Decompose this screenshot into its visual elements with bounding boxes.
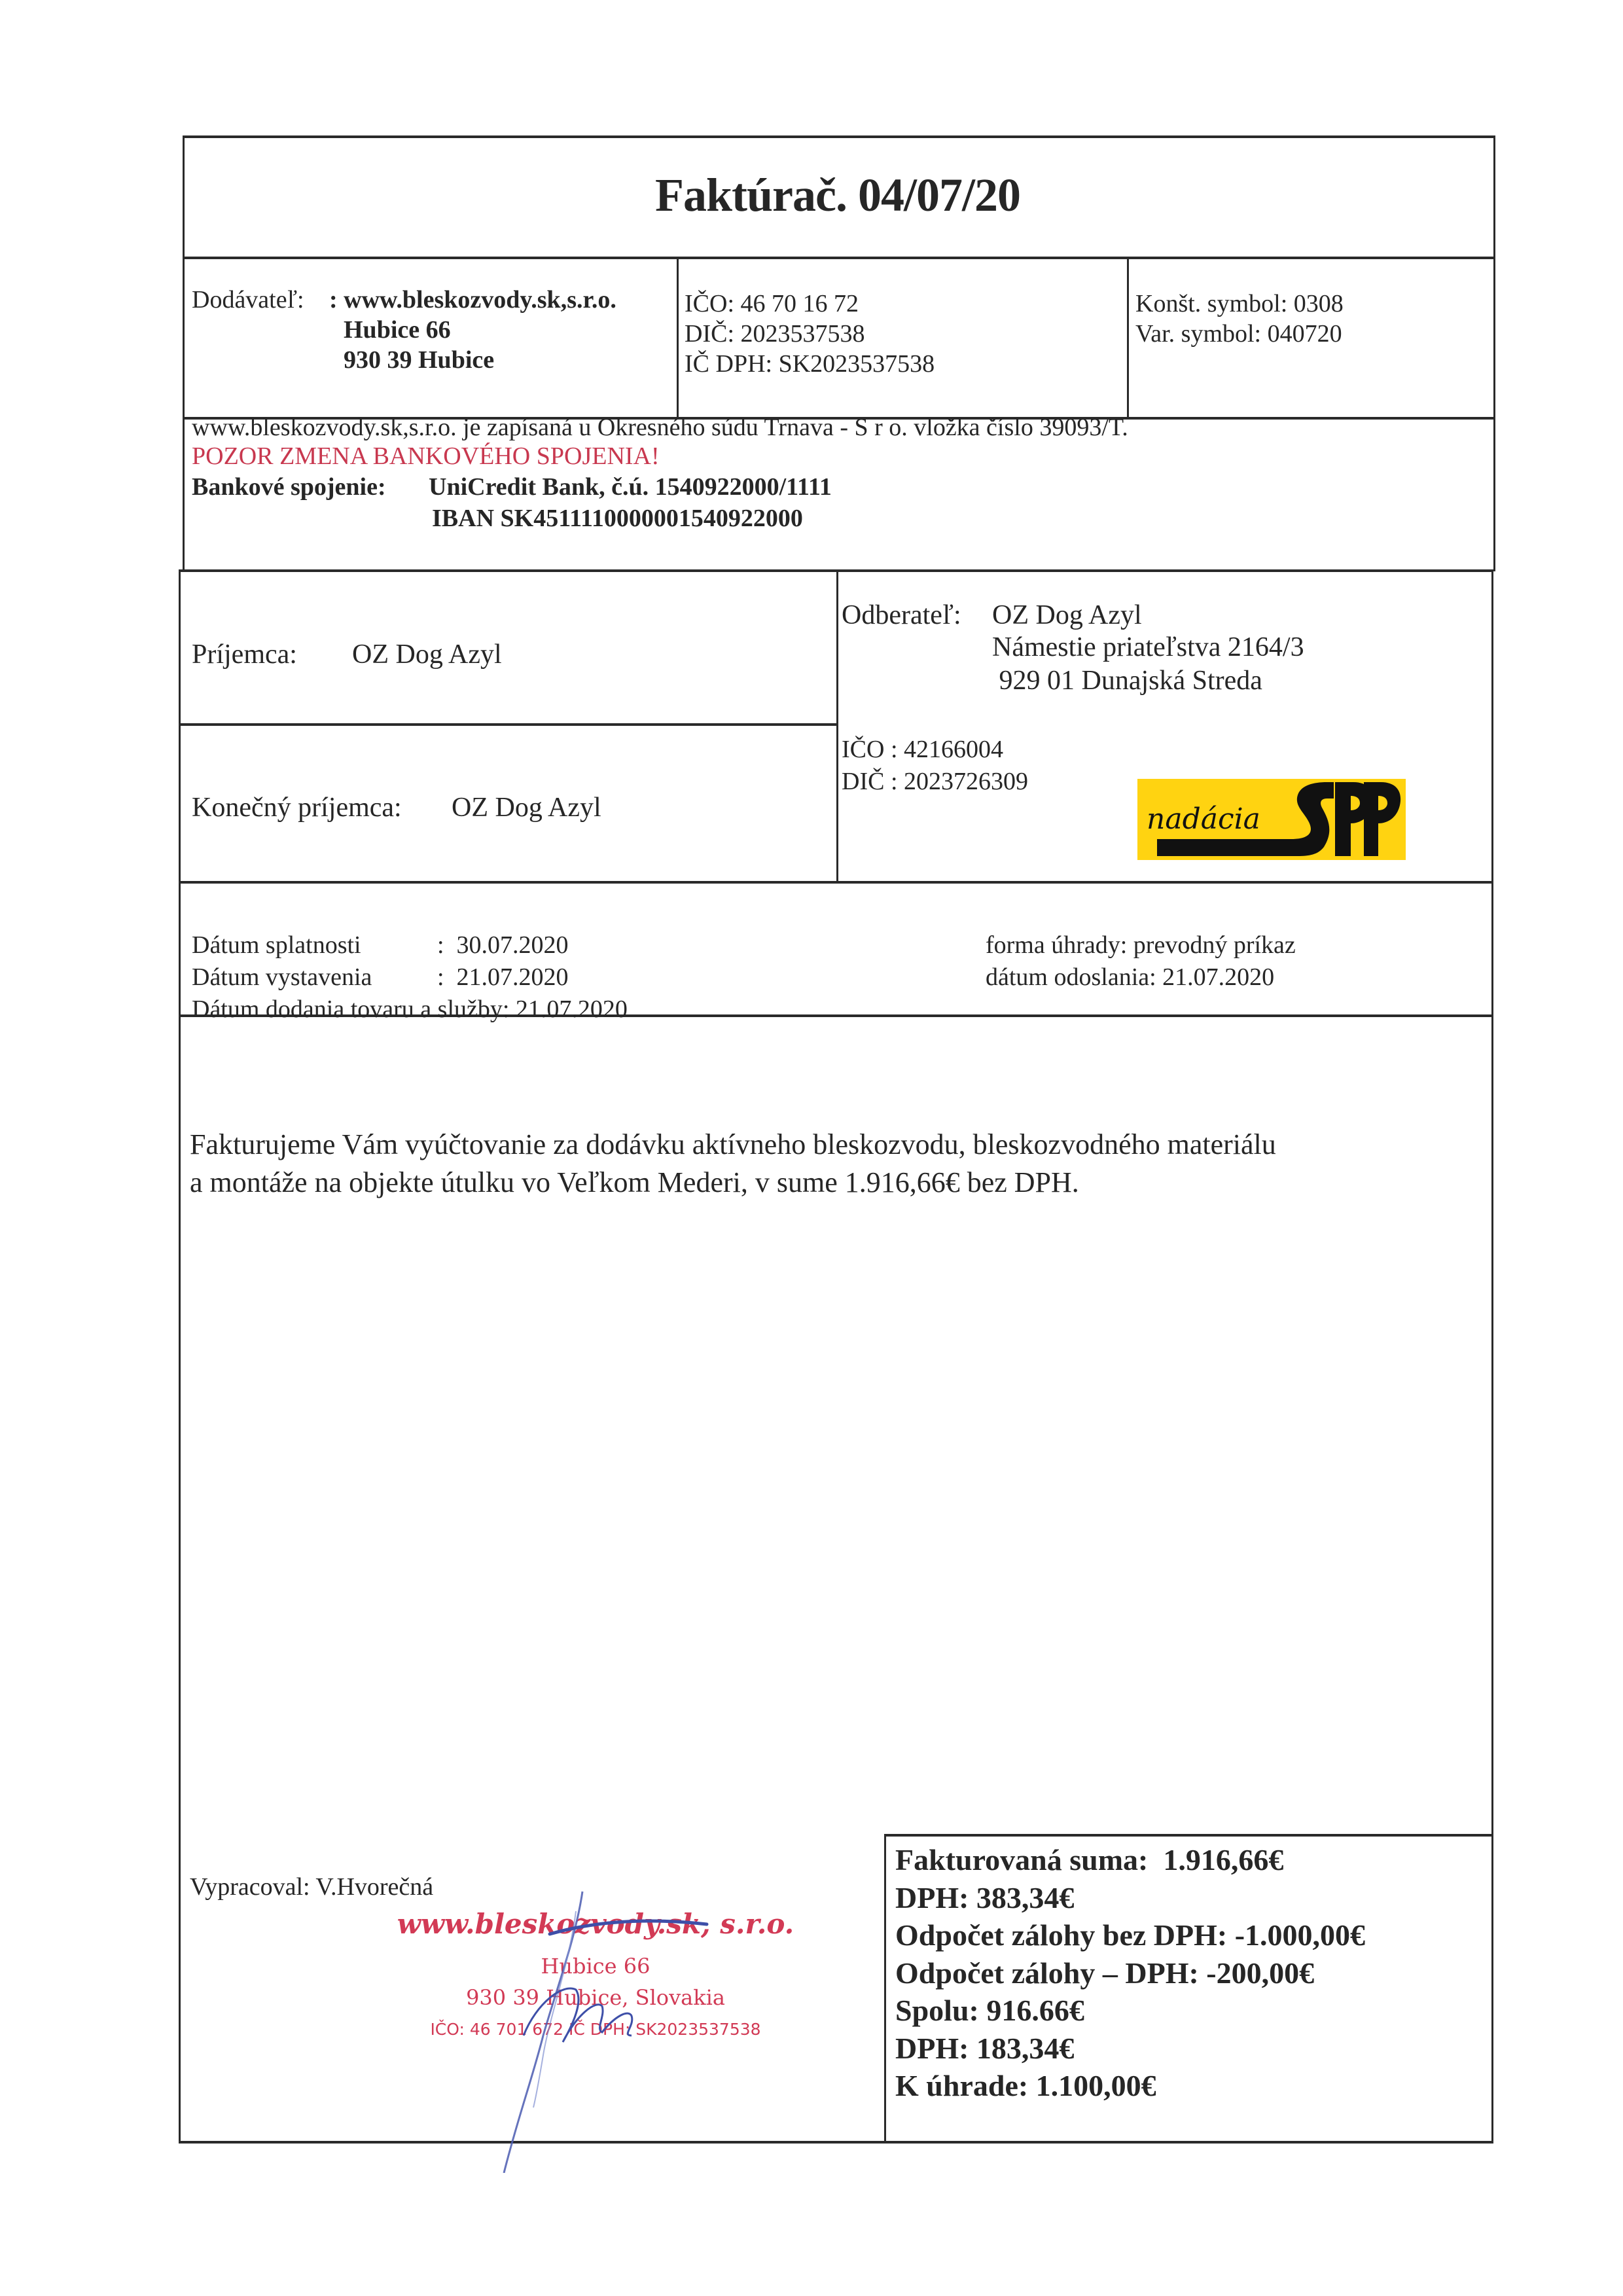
border-left-lower	[179, 569, 181, 2143]
divider-col-symbols	[1127, 257, 1129, 418]
summary-subtotal: Spolu: 916.66€	[895, 1992, 1365, 2030]
description-line-2: a montáže na objekte útulku vo Veľkom Me…	[190, 1164, 1079, 1202]
supplier-street: Hubice 66	[344, 315, 451, 345]
summary-box-left	[884, 1834, 886, 2142]
due-date-value: : 30.07.2020	[437, 930, 569, 960]
final-recipient-label: Konečný príjemca:	[192, 793, 402, 823]
supplier-name: : www.bleskozvody.sk,s.r.o.	[329, 285, 616, 315]
customer-ico: IČO : 42166004	[842, 734, 1003, 764]
bank-account: UniCredit Bank, č.ú. 1540922000/1111	[429, 472, 832, 502]
customer-street: Námestie priateľstva 2164/3	[992, 632, 1304, 662]
description-line-1: Fakturujeme Vám vyúčtovanie za dodávku a…	[190, 1126, 1276, 1164]
supplier-label: Dodávateľ:	[192, 285, 304, 315]
bank-change-warning: POZOR ZMENA BANKOVÉHO SPOJENIA!	[192, 441, 660, 471]
customer-name: OZ Dog Azyl	[992, 600, 1142, 630]
divider-recipient	[179, 723, 838, 726]
summary-amount-due: K úhrade: 1.100,00€	[895, 2067, 1365, 2105]
divider-col-ico	[677, 257, 679, 418]
final-recipient-name: OZ Dog Azyl	[452, 793, 601, 823]
signature-icon	[380, 1885, 785, 2173]
summary-deposit-deduction: Odpočet zálohy bez DPH: -1.000,00€	[895, 1916, 1365, 1954]
invoice-title: Faktúrač. 04/07/20	[0, 169, 1623, 221]
iban: IBAN SK4511110000001540922000	[432, 503, 803, 533]
due-date-label: Dátum splatnosti	[192, 930, 361, 960]
summary-deposit-vat-deduction: Odpočet zálohy – DPH: -200,00€	[895, 1954, 1365, 1992]
issue-date-label: Dátum vystavenia	[192, 962, 372, 992]
recipient-label: Príjemca:	[192, 639, 297, 670]
divider-col-customer	[836, 569, 838, 882]
var-symbol: Var. symbol: 040720	[1135, 319, 1342, 349]
divider-title	[183, 257, 1495, 259]
border-top	[183, 135, 1495, 138]
supplier-dic: DIČ: 2023537538	[685, 319, 865, 349]
recipient-name: OZ Dog Azyl	[352, 639, 502, 670]
logo-script-text: nadácia	[1147, 802, 1260, 836]
summary-box-top	[884, 1834, 1493, 1837]
border-bottom	[179, 2141, 1493, 2144]
summary-invoiced-amount: Fakturovaná suma: 1.916,66€	[895, 1841, 1365, 1879]
registration-text: www.bleskozvody.sk,s.r.o. je zapísaná u …	[192, 411, 1128, 444]
customer-dic: DIČ : 2023726309	[842, 766, 1028, 797]
summary-vat-remaining: DPH: 183,34€	[895, 2030, 1365, 2068]
sent-date: dátum odoslania: 21.07.2020	[986, 962, 1274, 992]
supplier-ico: IČO: 46 70 16 72	[685, 289, 859, 319]
delivery-date: Dátum dodania tovaru a služby: 21.07.202…	[192, 994, 628, 1024]
summary-block: Fakturovaná suma: 1.916,66€ DPH: 383,34€…	[895, 1841, 1365, 2105]
issue-date-value: : 21.07.2020	[437, 962, 569, 992]
customer-city: 929 01 Dunajská Streda	[992, 666, 1262, 696]
nadacia-spp-logo: nadácia	[1137, 779, 1406, 860]
spp-logo-icon: nadácia	[1137, 779, 1406, 860]
summary-vat: DPH: 383,34€	[895, 1879, 1365, 1917]
payment-method: forma úhrady: prevodný príkaz	[986, 930, 1296, 960]
supplier-city: 930 39 Hubice	[344, 345, 494, 375]
border-right-lower	[1491, 569, 1493, 2143]
konst-symbol: Konšt. symbol: 0308	[1135, 289, 1344, 319]
customer-label: Odberateľ:	[842, 600, 961, 630]
bank-label: Bankové spojenie:	[192, 472, 386, 502]
supplier-ic-dph: IČ DPH: SK2023537538	[685, 349, 935, 379]
